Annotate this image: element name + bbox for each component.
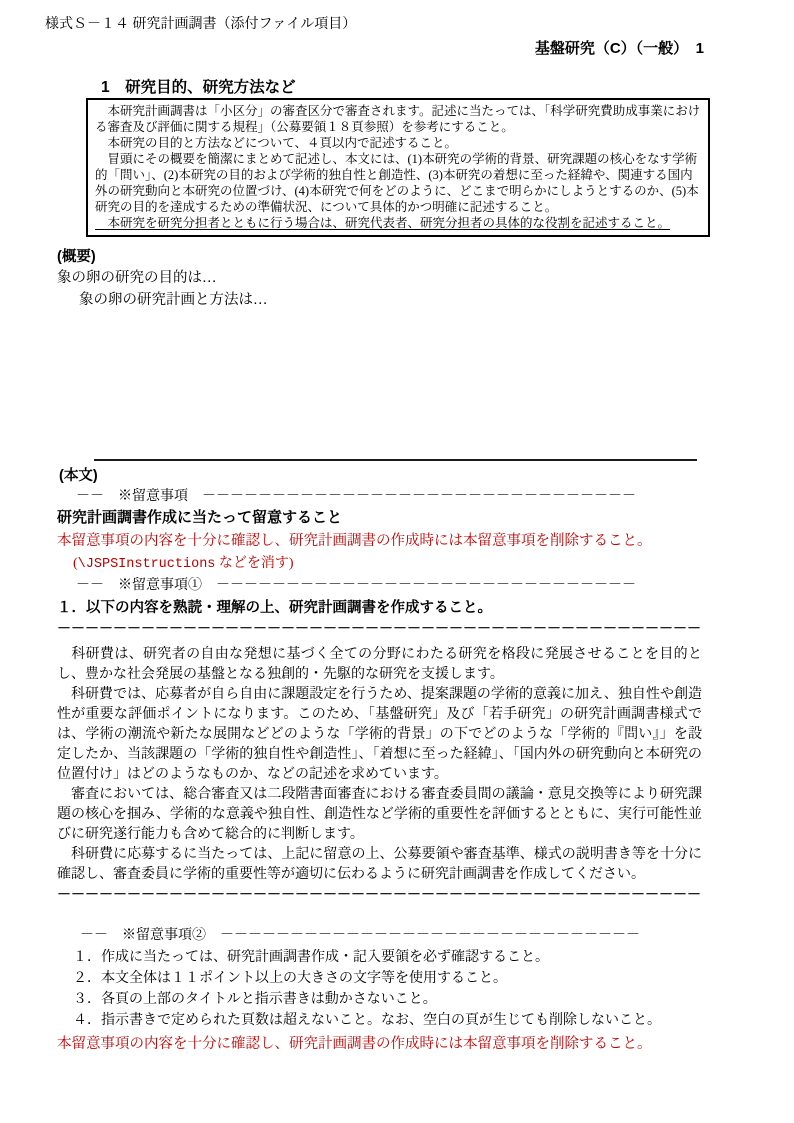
notes-heading: 研究計画調書作成に当たって留意すること xyxy=(57,507,707,528)
kakenhi-description: 科研費は、研究者の自由な発想に基づく全ての分野にわたる研究を格段に発展させること… xyxy=(57,643,702,883)
notes2-item: ４．指示書きで定められた頁数は超えないこと。なお、空白の頁が生じても削除しないこ… xyxy=(73,1010,767,1031)
notes2-section: －－ ※留意事項② －－－－－－－－－－－－－－－－－－－－－－－－－－－－－－… xyxy=(57,927,767,1054)
box-paragraph-roles: 本研究を研究分担者とともに行う場合は、研究代表者、研究分担者の具体的な役割を記述… xyxy=(95,215,701,231)
box-paragraph-pages: 本研究の目的と方法などについて、４頁以内で記述すること。 xyxy=(95,135,701,151)
document-page: 様式Ｓ－１４ 研究計画調書（添付ファイル項目） 基盤研究（C）（一般） 1 1 … xyxy=(0,0,794,1123)
section-divider-rule xyxy=(94,459,697,461)
notes1-rule-line: －－ ※留意事項① －－－－－－－－－－－－－－－－－－－－－－－－－－－－－－ xyxy=(76,577,704,595)
summary-label: (概要) xyxy=(57,247,794,267)
body-paragraph: 科研費に応募するに当たっては、上記に留意の上、公募要領や審査基準、様式の説明書き… xyxy=(57,843,702,883)
delete-note-bottom: 本留意事項の内容を十分に確認し、研究計画調書の作成時には本留意事項を削除すること… xyxy=(57,1034,767,1054)
dashed-separator-top: －－－－－－－－－－－－－－－－－－－－－－－－－－－－－－－－－－－－－－－－… xyxy=(57,620,700,637)
jsps-instructions-note: (\JSPSInstructions などを消す) xyxy=(73,554,707,575)
notes2-item: １．作成に当たっては、研究計画調書作成・記入要領を必ず確認すること。 xyxy=(73,947,767,968)
body-paragraph: 科研費は、研究者の自由な発想に基づく全ての分野にわたる研究を格段に発展させること… xyxy=(57,643,702,683)
jsps-note-close-text: などを消す) xyxy=(215,556,293,571)
summary-section: (概要) 象の卵の研究の目的は… 象の卵の研究計画と方法は… xyxy=(57,247,794,311)
main-text-section: (本文) －－ ※留意事項 －－－－－－－－－－－－－－－－－－－－－－－－－－… xyxy=(57,466,707,903)
research-category-label: 基盤研究（C）（一般） 1 xyxy=(0,40,794,58)
box-paragraph-contents: 冒頭にその概要を簡潔にまとめて記述し、本文には、(1)本研究の学術的背景、研究課… xyxy=(95,151,701,215)
section-title: 1 研究目的、研究方法など xyxy=(101,78,794,97)
main-text-label: (本文) xyxy=(59,466,707,486)
instruction-heading: １．以下の内容を熟読・理解の上、研究計画調書を作成すること。 xyxy=(57,598,707,618)
box-paragraph-review: 本研究計画調書は「小区分」の審査区分で審査されます。記述に当たっては、「科学研究… xyxy=(95,103,701,135)
form-number-label: 様式Ｓ－１４ 研究計画調書（添付ファイル項目） xyxy=(45,16,794,34)
instruction-box: 本研究計画調書は「小区分」の審査区分で審査されます。記述に当たっては、「科学研究… xyxy=(86,98,710,237)
notes2-item: ２．本文全体は１１ポイント以上の大きさの文字等を使用すること。 xyxy=(73,968,767,989)
summary-purpose-line: 象の卵の研究の目的は… xyxy=(57,267,794,289)
delete-note-top: 本留意事項の内容を十分に確認し、研究計画調書の作成時には本留意事項を削除すること… xyxy=(57,531,707,551)
notes2-item-list: １．作成に当たっては、研究計画調書作成・記入要領を必ず確認すること。 ２．本文全… xyxy=(73,947,767,1031)
summary-method-line: 象の卵の研究計画と方法は… xyxy=(57,289,794,311)
notes2-item: ３．各頁の上部のタイトルと指示書きは動かさないこと。 xyxy=(73,989,767,1010)
notes2-rule-line: －－ ※留意事項② －－－－－－－－－－－－－－－－－－－－－－－－－－－－－－ xyxy=(80,927,708,945)
dashed-separator-bottom: －－－－－－－－－－－－－－－－－－－－－－－－－－－－－－－－－－－－－－－－… xyxy=(57,886,700,903)
notes-rule-line: －－ ※留意事項 －－－－－－－－－－－－－－－－－－－－－－－－－－－－－－－ xyxy=(76,488,704,506)
body-paragraph: 科研費では、応募者が自ら自由に課題設定を行うため、提案課題の学術的意義に加え、独… xyxy=(57,683,702,783)
jsps-command-text: \JSPSInstructions xyxy=(78,557,216,572)
body-paragraph: 審査においては、総合審査又は二段階書面審査における審査委員間の議論・意見交換等に… xyxy=(57,783,702,843)
